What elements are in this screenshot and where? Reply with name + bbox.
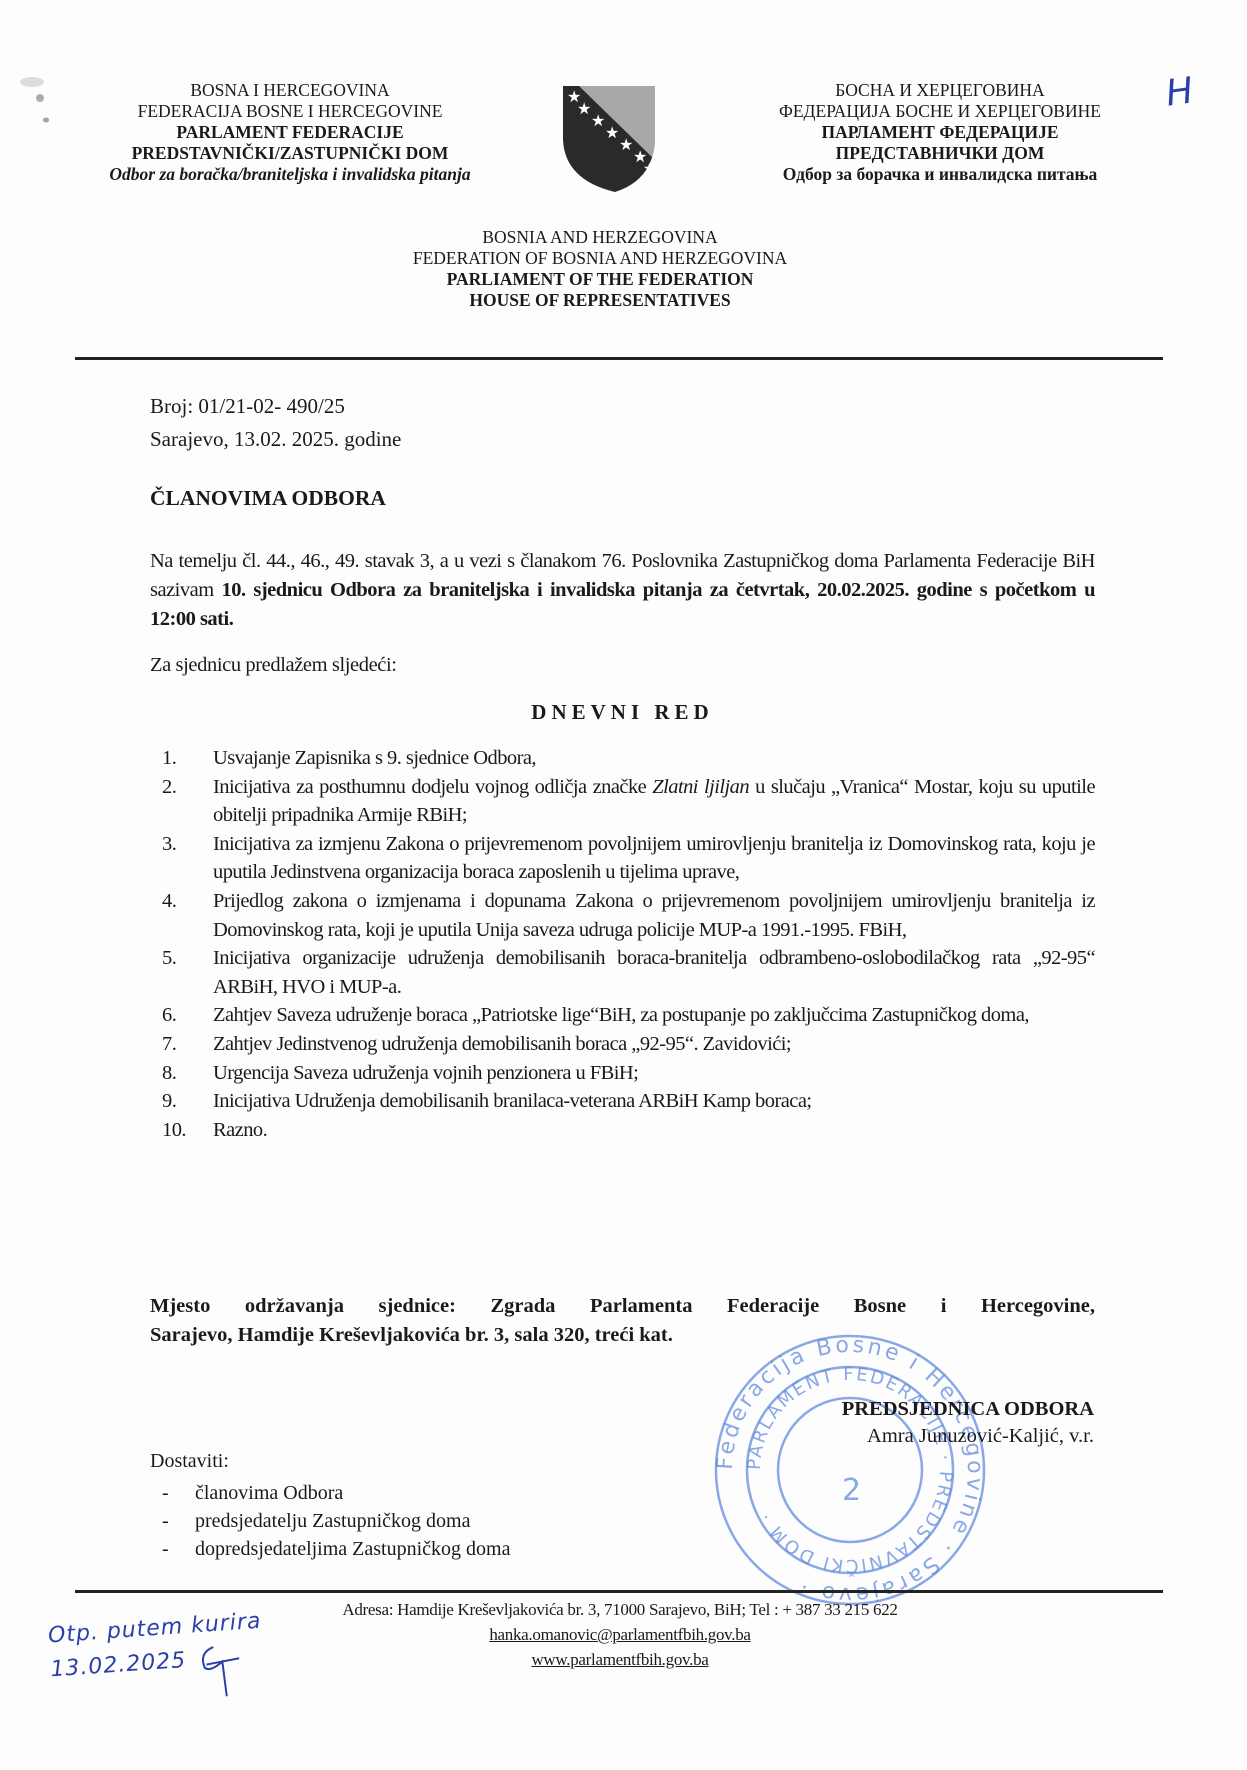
proposal-text: Za sjednicu predlažem sljedeći:: [150, 654, 397, 677]
agenda-item-text: Prijedlog zakona o izmjenama i dopunama …: [213, 890, 1095, 941]
handwritten-signature-icon: [193, 1640, 247, 1703]
place-date: Sarajevo, 13.02. 2025. godine: [150, 423, 401, 456]
agenda-item: 7.Zahtjev Jedinstvenog udruženja demobil…: [150, 1030, 1095, 1059]
agenda-item-text: Razno.: [213, 1119, 267, 1141]
agenda-item-text: Zahtjev Saveza udruženje boraca „Patriot…: [213, 1004, 1029, 1026]
header-committee: Odbor za boračka/braniteljska i invalids…: [95, 164, 485, 185]
footer-address: Adresa: Hamdije Kreševljakovića br. 3, 7…: [230, 1597, 1010, 1622]
recipient-item: predsjedatelju Zastupničkog doma: [150, 1507, 510, 1535]
header-federation-en: FEDERATION OF BOSNIA AND HERZEGOVINA: [330, 248, 870, 269]
header-house-en: HOUSE OF REPRESENTATIVES: [330, 290, 870, 311]
footer: Adresa: Hamdije Kreševljakovića br. 3, 7…: [230, 1597, 1010, 1672]
header-parliament-cyr: ПАРЛАМЕНТ ФЕДЕРАЦИЈЕ: [730, 122, 1150, 143]
venue-line-1: Mjesto održavanja sjednice: Zgrada Parla…: [150, 1292, 1095, 1321]
agenda-item-text: Inicijativa Udruženja demobilisanih bran…: [213, 1090, 812, 1112]
svg-text:★: ★: [643, 162, 656, 177]
header-english: BOSNIA AND HERZEGOVINA FEDERATION OF BOS…: [330, 227, 870, 311]
header-federation-cyr: ФЕДЕРАЦИЈА БОСНЕ И ХЕРЦЕГОВИНЕ: [730, 101, 1150, 122]
scan-smudge: [12, 70, 52, 130]
delivery-label: Dostaviti:: [150, 1447, 510, 1475]
agenda-item-number: 5.: [162, 944, 176, 973]
salutation: ČLANOVIMA ODBORA: [150, 486, 386, 511]
signer-title: PREDSJEDNICA ODBORA: [700, 1396, 1094, 1423]
header-divider: [75, 357, 1163, 360]
footer-divider: [75, 1590, 1163, 1593]
svg-text:★: ★: [619, 137, 633, 154]
agenda-list: 1.Usvajanje Zapisnika s 9. sjednice Odbo…: [150, 744, 1095, 1144]
header-federation: FEDERACIJA BOSNE I HERCEGOVINE: [95, 101, 485, 122]
intro-session-details: 10. sjednicu Odbora za braniteljska i in…: [150, 579, 1095, 630]
handwritten-note: Otp. putem kurira 13.02.2025: [47, 1605, 267, 1714]
recipient-item: dopredsjedateljima Zastupničkog doma: [150, 1535, 510, 1563]
header-latin: BOSNA I HERCEGOVINA FEDERACIJA BOSNE I H…: [95, 80, 485, 185]
signature-block: PREDSJEDNICA ODBORA Amra Junuzović-Kalji…: [700, 1396, 1094, 1450]
agenda-item-number: 6.: [162, 1001, 176, 1030]
svg-text:★: ★: [605, 125, 619, 142]
agenda-item-text: Inicijativa za izmjenu Zakona o prijevre…: [213, 833, 1095, 884]
agenda-item-text: Inicijativa za posthumnu dodjelu vojnog …: [213, 776, 1095, 827]
agenda-item-number: 7.: [162, 1030, 176, 1059]
agenda-item-text: Zahtjev Jedinstvenog udruženja demobilis…: [213, 1033, 791, 1055]
reference-number: Broj: 01/21-02- 490/25: [150, 390, 401, 423]
header-country: BOSNA I HERCEGOVINA: [95, 80, 485, 101]
agenda-item-number: 3.: [162, 830, 176, 859]
header-parliament: PARLAMENT FEDERACIJE: [95, 122, 485, 143]
footer-email-link[interactable]: hanka.omanovic@parlamentfbih.gov.ba: [489, 1625, 750, 1644]
header-house-cyr: ПРЕДСТАВНИЧКИ ДОМ: [730, 143, 1150, 164]
agenda-item-number: 8.: [162, 1059, 176, 1088]
agenda-item: 9.Inicijativa Udruženja demobilisanih br…: [150, 1087, 1095, 1116]
agenda-item-text: Usvajanje Zapisnika s 9. sjednice Odbora…: [213, 747, 536, 769]
agenda-item: 1.Usvajanje Zapisnika s 9. sjednice Odbo…: [150, 744, 1095, 773]
agenda-item: 3.Inicijativa za izmjenu Zakona o prijev…: [150, 830, 1095, 887]
agenda-item: 6.Zahtjev Saveza udruženje boraca „Patri…: [150, 1001, 1095, 1030]
document-meta: Broj: 01/21-02- 490/25 Sarajevo, 13.02. …: [150, 390, 401, 456]
official-stamp: Federacija Bosne i Hercegovine · Sarajev…: [710, 1330, 990, 1610]
header-cyrillic: БОСНА И ХЕРЦЕГОВИНА ФЕДЕРАЦИЈА БОСНЕ И Х…: [730, 80, 1150, 185]
header-country-en: BOSNIA AND HERZEGOVINA: [330, 227, 870, 248]
stamp-number: 2: [842, 1473, 861, 1508]
header-country-cyr: БОСНА И ХЕРЦЕГОВИНА: [730, 80, 1150, 101]
agenda-item: 10.Razno.: [150, 1116, 1095, 1145]
signer-name: Amra Junuzović-Kaljić, v.r.: [700, 1423, 1094, 1450]
agenda-item: 5.Inicijativa organizacije udruženja dem…: [150, 944, 1095, 1001]
venue-line-2: Sarajevo, Hamdije Kreševljakovića br. 3,…: [150, 1324, 673, 1346]
agenda-title: DNEVNI RED: [150, 700, 1095, 725]
delivery-list: Dostaviti: članovima Odborapredsjedatelj…: [150, 1447, 510, 1563]
agenda-item-number: 1.: [162, 744, 176, 773]
recipient-item: članovima Odbora: [150, 1479, 510, 1507]
footer-website-link[interactable]: www.parlamentfbih.gov.ba: [531, 1650, 708, 1669]
svg-text:★: ★: [591, 113, 605, 130]
header-parliament-en: PARLIAMENT OF THE FEDERATION: [330, 269, 870, 290]
header-committee-cyr: Одбор за борачка и инвалидска питања: [730, 164, 1150, 185]
agenda-item-text: Inicijativa organizacije udruženja demob…: [213, 947, 1095, 998]
agenda-item: 2.Inicijativa za posthumnu dodjelu vojno…: [150, 773, 1095, 830]
agenda-item-number: 9.: [162, 1087, 176, 1116]
coat-of-arms-icon: ★ ★ ★ ★ ★ ★ ★: [555, 80, 660, 195]
header-house: PREDSTAVNIČKI/ZASTUPNIČKI DOM: [95, 143, 485, 164]
handwritten-mark: H: [1163, 70, 1196, 114]
agenda-item-text: Urgencija Saveza udruženja vojnih penzio…: [213, 1062, 638, 1084]
agenda-item-number: 10.: [162, 1116, 186, 1145]
agenda-item: 8.Urgencija Saveza udruženja vojnih penz…: [150, 1059, 1095, 1088]
agenda-item: 4.Prijedlog zakona o izmjenama i dopunam…: [150, 887, 1095, 944]
intro-paragraph: Na temelju čl. 44., 46., 49. stavak 3, a…: [150, 547, 1095, 634]
svg-text:★: ★: [577, 101, 591, 118]
agenda-item-number: 4.: [162, 887, 176, 916]
agenda-item-number: 2.: [162, 773, 176, 802]
